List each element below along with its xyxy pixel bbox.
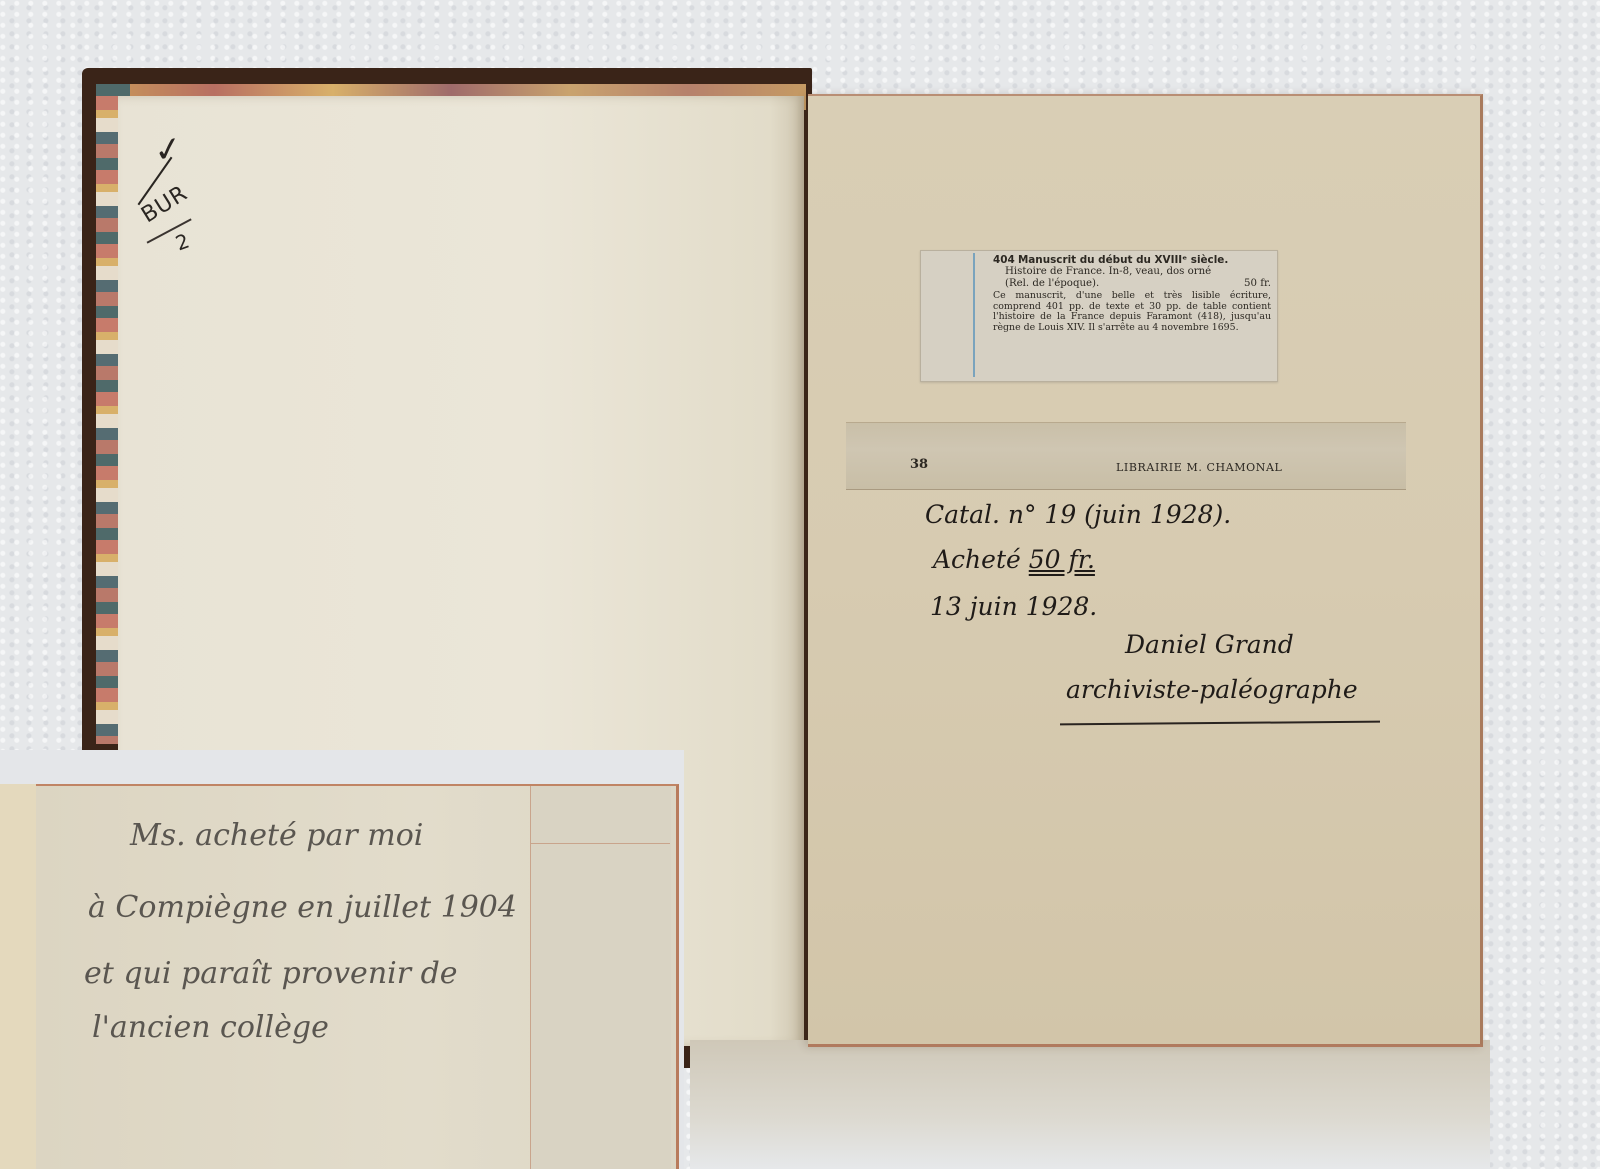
shelfmark-annotation: ✓ BUR 2 xyxy=(140,130,210,260)
inset-flap-rule xyxy=(530,843,670,844)
lot-price: 50 fr. xyxy=(1244,278,1271,289)
inset-cover-edge xyxy=(0,784,38,1169)
lot-number: 404 xyxy=(993,254,1015,266)
lot-description: Ce manuscrit, d'une belle et très lisibl… xyxy=(993,291,1271,333)
note-date: 13 juin 1928. xyxy=(930,592,1097,621)
page-stack-shadow xyxy=(690,1040,1490,1169)
note-signature: Daniel Grand xyxy=(1125,630,1294,659)
catalogue-clipping: 404 Manuscrit du début du XVIIIᵉ siècle.… xyxy=(920,250,1278,382)
right-flyleaf-page xyxy=(808,94,1483,1047)
pencil-note-line-2: à Compiègne en juillet 1904 xyxy=(88,890,517,925)
clipping-margin-rule xyxy=(973,253,975,377)
note-catalogue-ref: Catal. n° 19 (juin 1928). xyxy=(925,500,1231,529)
lot-line-1: Histoire de France. In-8, veau, dos orné xyxy=(993,266,1271,277)
pencil-note-line-3: et qui paraît provenir de xyxy=(84,956,458,991)
note-signature-title: archiviste-paléographe xyxy=(1066,675,1358,704)
note-purchase-label: Acheté xyxy=(933,545,1029,574)
lot-title: Manuscrit du début du XVIIIᵉ siècle. xyxy=(1018,254,1228,266)
catalogue-header-strip: 38 LIBRAIRIE M. CHAMONAL xyxy=(846,422,1406,490)
note-purchase-amount: 50 fr. xyxy=(1029,545,1095,574)
catalogue-publisher: LIBRAIRIE M. CHAMONAL xyxy=(1116,461,1282,474)
check-mark-icon: ✓ xyxy=(151,128,186,172)
note-purchase: Acheté 50 fr. xyxy=(933,545,1095,574)
pencil-note-line-4: l'ancien collège xyxy=(92,1010,329,1045)
clipping-text: 404 Manuscrit du début du XVIIIᵉ siècle.… xyxy=(993,255,1271,334)
pencil-note-line-1: Ms. acheté par moi xyxy=(130,818,423,853)
catalogue-page-number: 38 xyxy=(910,457,928,472)
shelfmark-number: 2 xyxy=(172,229,192,256)
lot-line-2: (Rel. de l'époque). xyxy=(1005,278,1099,289)
